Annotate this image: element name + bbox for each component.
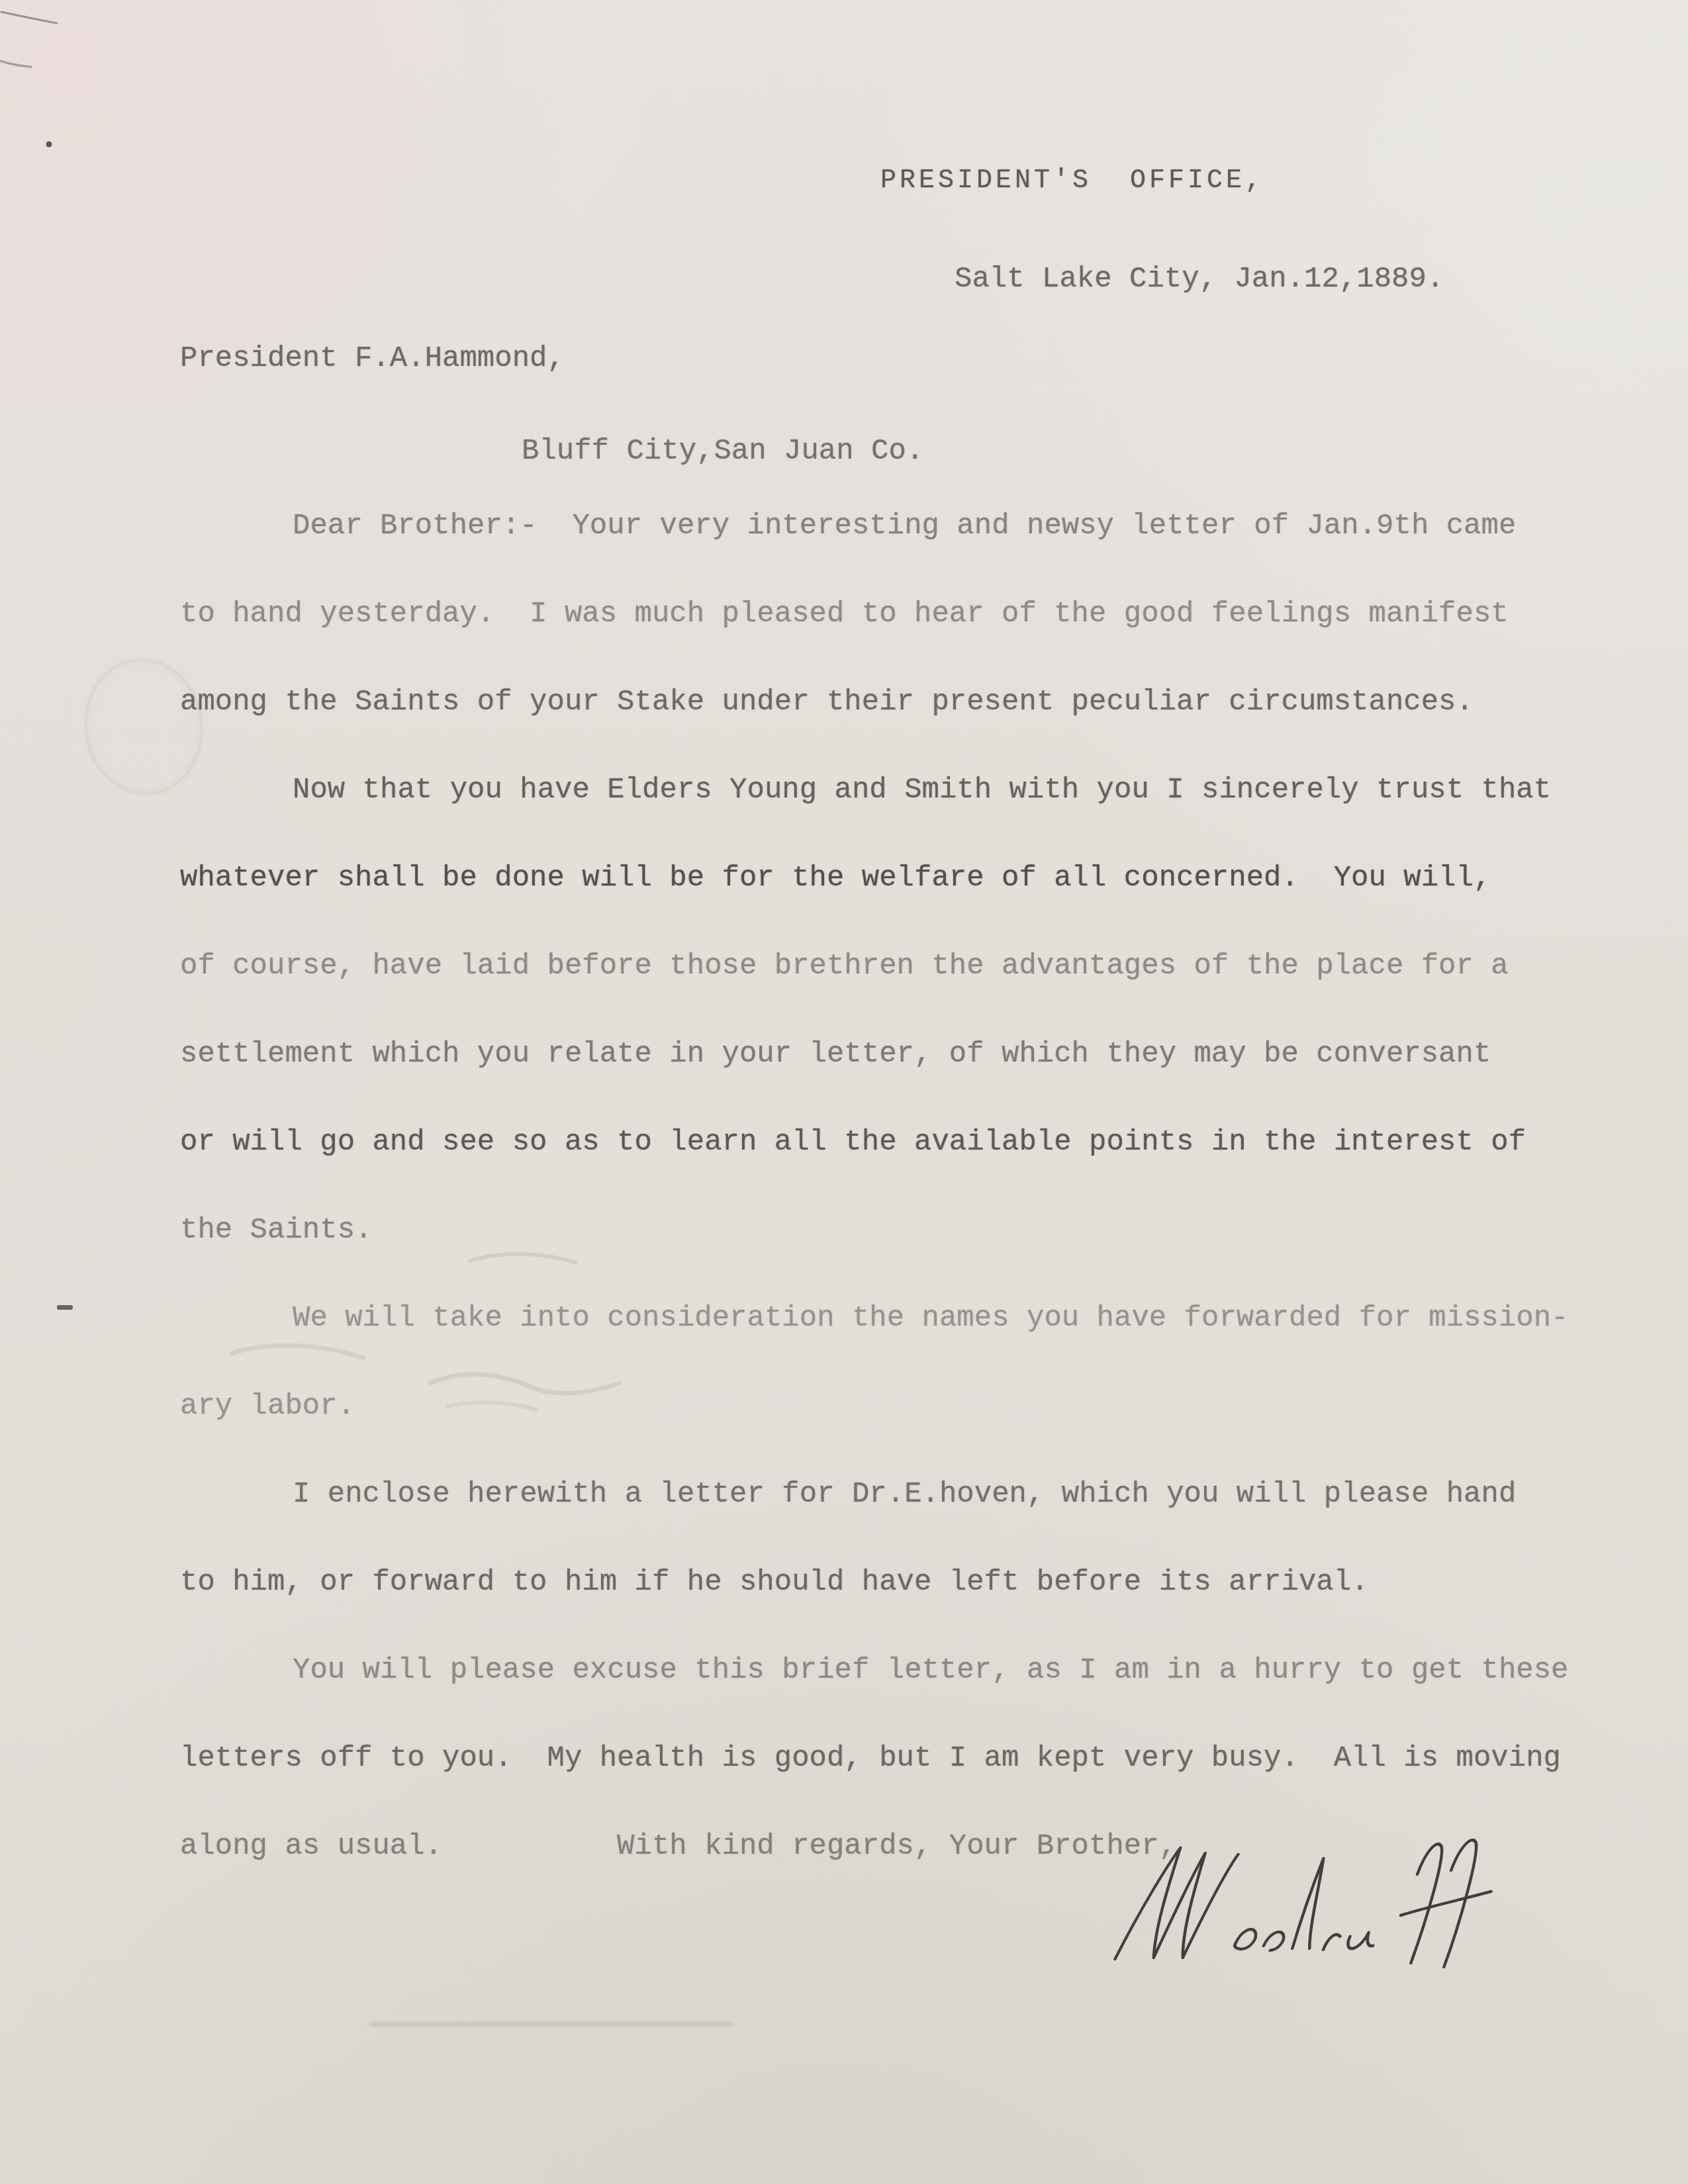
signature-w-woodruff: W Woodruff xyxy=(1092,1833,1529,1985)
pencil-scribbles-icon xyxy=(185,1231,781,1443)
body-line: Dear Brother:- Your very interesting and… xyxy=(180,510,1583,598)
body-line: letters off to you. My health is good, b… xyxy=(180,1742,1583,1830)
corner-pencil-marks-icon xyxy=(0,0,212,238)
office-header: PRESIDENT'S OFFICE, xyxy=(880,168,1264,195)
body-line: You will please excuse this brief letter… xyxy=(180,1654,1583,1742)
body-line: whatever shall be done will be for the w… xyxy=(180,862,1583,950)
body-line: Now that you have Elders Young and Smith… xyxy=(180,774,1583,862)
scanned-letter-page: PRESIDENT'S OFFICE, Salt Lake City, Jan.… xyxy=(0,0,1688,2184)
bottom-smudge-line xyxy=(369,2023,732,2026)
place-date-line: Salt Lake City, Jan.12,1889. xyxy=(955,265,1444,294)
body-line: to him, or forward to him if he should h… xyxy=(180,1566,1583,1654)
body-line: settlement which you relate in your lett… xyxy=(180,1038,1583,1126)
margin-dash-mark xyxy=(57,1305,73,1310)
body-line: among the Saints of your Stake under the… xyxy=(180,686,1583,774)
body-line: or will go and see so as to learn all th… xyxy=(180,1126,1583,1214)
body-line: to hand yesterday. I was much pleased to… xyxy=(180,598,1583,686)
recipient-address: Bluff City,San Juan Co. xyxy=(522,437,923,466)
recipient-name: President F.A.Hammond, xyxy=(180,344,565,373)
body-line: of course, have laid before those brethr… xyxy=(180,950,1583,1038)
body-line: I enclose herewith a letter for Dr.E.hov… xyxy=(180,1478,1583,1566)
letter-body: Dear Brother:- Your very interesting and… xyxy=(180,510,1583,1918)
